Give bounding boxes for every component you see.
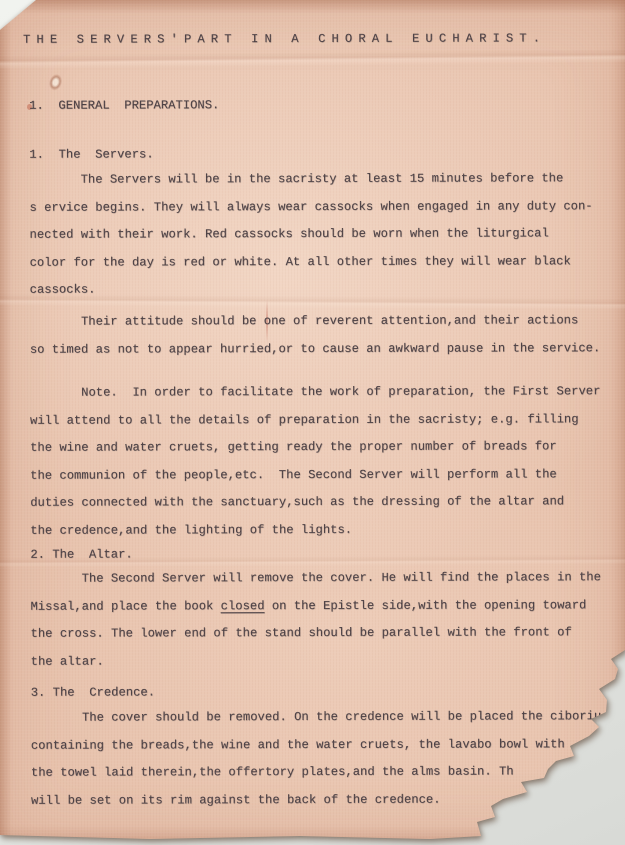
scanner-background: THE SERVERS'PART IN A CHORAL EUCHARIST. … — [0, 0, 625, 845]
text-line: color for the day is red or white. At al… — [30, 248, 593, 277]
text-line: containing the breads,the wine and the w… — [31, 731, 602, 760]
paragraph-note-preparation: Note. In order to facilitate the work of… — [30, 378, 601, 544]
heading-the-servers: 1. The Servers. — [29, 141, 153, 169]
text-line: s ervice begins. They will always wear c… — [29, 193, 592, 222]
text-line: Note. In order to facilitate the work of… — [30, 378, 601, 407]
paragraph-credence: The cover should be removed. On the cred… — [31, 703, 602, 814]
heading-the-credence: 3. The Credence. — [31, 679, 155, 707]
paragraph-servers-attitude: Their attitude should be one of reverent… — [30, 307, 601, 363]
document-title: THE SERVERS'PART IN A CHORAL EUCHARIST. — [23, 31, 546, 46]
text-line: cassocks. — [30, 275, 593, 304]
paragraph-altar: The Second Server will remove the cover.… — [30, 564, 601, 675]
text-line: Their attitude should be one of reverent… — [30, 307, 601, 336]
text-line: will be set on its rim against the back … — [31, 786, 602, 815]
paper-shadow: THE SERVERS'PART IN A CHORAL EUCHARIST. … — [0, 0, 625, 845]
text-line: will attend to all the details of prepar… — [30, 406, 601, 435]
text-line: the wine and water cruets, getting ready… — [30, 433, 601, 462]
text-line: nected with their work. Red cassocks sho… — [29, 220, 592, 249]
text-line: so timed as not to appear hurried,or to … — [30, 335, 601, 364]
text-line: the towel laid therein,the offertory pla… — [31, 758, 602, 787]
paragraph-servers-duties: The Servers will be in the sacristy at l… — [29, 165, 593, 304]
heading-general-preparations: 1. GENERAL PREPARATIONS. — [29, 92, 219, 120]
text-line: the altar. — [31, 647, 602, 676]
typewritten-text-layer: THE SERVERS'PART IN A CHORAL EUCHARIST. … — [0, 0, 625, 845]
text-line: the credence,and the lighting of the lig… — [30, 516, 601, 545]
text-line: The Servers will be in the sacristy at l… — [29, 165, 592, 194]
text-line: the communion of the people,etc. The Sec… — [30, 461, 601, 490]
text-line: Missal,and place the book closed on the … — [30, 592, 601, 621]
text-line: The Second Server will remove the cover.… — [30, 564, 601, 593]
underlined-word: closed — [221, 599, 265, 613]
document-page: THE SERVERS'PART IN A CHORAL EUCHARIST. … — [0, 0, 625, 845]
text-line: the cross. The lower end of the stand sh… — [31, 619, 602, 648]
text-line: The cover should be removed. On the cred… — [31, 703, 602, 732]
text-line: duties connected with the sanctuary,such… — [30, 488, 601, 517]
